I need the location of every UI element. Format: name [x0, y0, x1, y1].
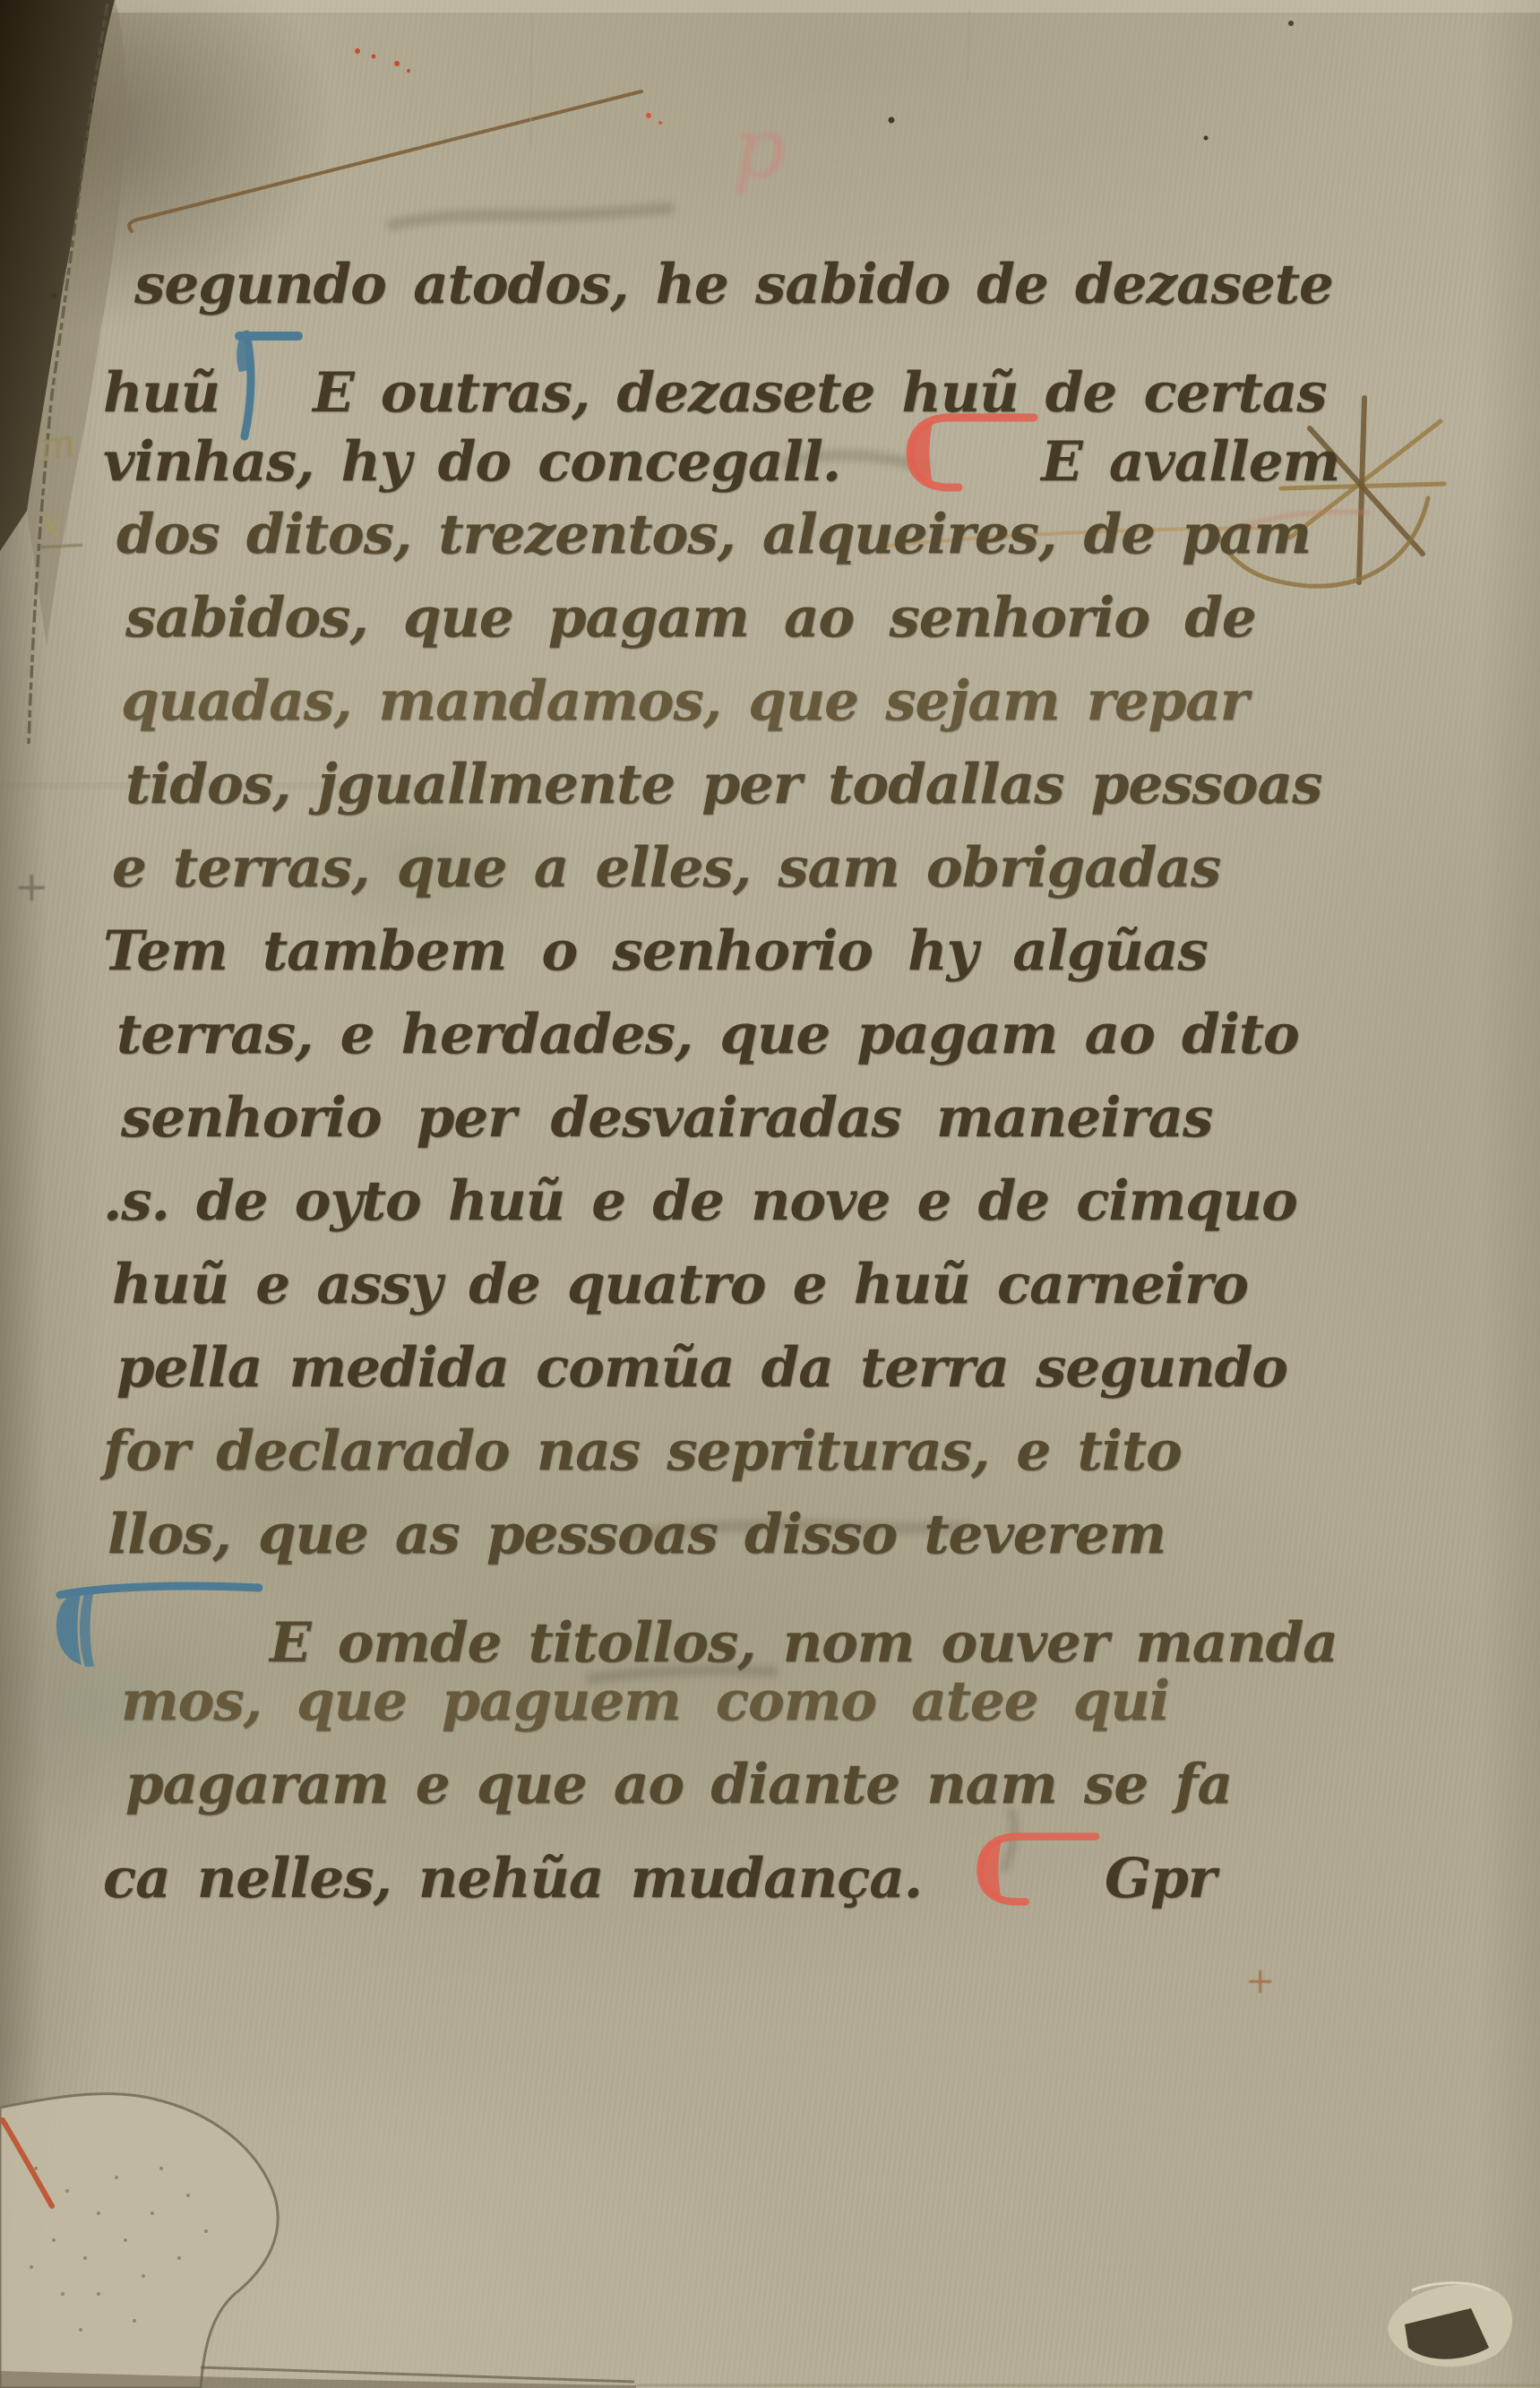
manuscript-line: Tem tambem o senhorio hy algũas	[103, 909, 1344, 992]
line-text: .s. de oyto huũ e de nove e de cimquo	[103, 1169, 1297, 1233]
manuscript-line: vinhas, hy do concegall.E avallem	[103, 409, 1344, 492]
manuscript-line: pella medida comũa da terra segundo	[103, 1325, 1344, 1409]
text-block: segundo atodos, he sabido de dezasete hu…	[103, 242, 1344, 1909]
left-margin-cross-icon: +	[14, 862, 49, 910]
bottom-edge	[0, 2367, 1540, 2388]
manuscript-line: huũE outras, dezasete huũ de certas	[103, 325, 1344, 409]
line-text: mos, que paguem como atee qui	[121, 1669, 1169, 1733]
line-text: segundo atodos, he sabido de dezasete	[134, 253, 1333, 316]
line-text: dos ditos, trezentos, alqueires, de pam	[116, 503, 1311, 566]
quill-stroke-icon	[129, 91, 641, 231]
line-text: quadas, mandamos, que sejam repar	[121, 669, 1248, 733]
line-text: vinhas, hy do concegall.	[103, 430, 840, 494]
manuscript-line: tidos, jguallmente per todallas pessoas	[103, 742, 1344, 825]
line-text: llos, que as pessoas disso teverem	[108, 1503, 1166, 1566]
manuscript-line: ca nelles, nehũa mudança.Gpr	[103, 1825, 1344, 1909]
line-text: sabidos, que pagam ao senhorio de	[125, 586, 1256, 650]
left-margin-note-lower: x	[39, 503, 82, 548]
line-text: E avallem	[1041, 430, 1339, 494]
right-margin-cross-icon: +	[1245, 1961, 1276, 2002]
manuscript-line: mos, que paguem como atee qui	[103, 1659, 1344, 1742]
manuscript-line: .s. de oyto huũ e de nove e de cimquo	[103, 1159, 1344, 1242]
manuscript-line: huũ e assy de quatro e huũ carneiro	[103, 1242, 1344, 1325]
line-text: senhorio per desvairadas maneiras	[121, 1086, 1212, 1150]
line-text: terras, e herdades, que pagam ao dito	[116, 1003, 1299, 1066]
line-text: pella medida comũa da terra segundo	[116, 1336, 1287, 1400]
red-line-on-patch	[3, 2120, 52, 2206]
manuscript-line: segundo atodos, he sabido de dezasete	[103, 242, 1344, 325]
faded-red-letter: p	[733, 100, 786, 196]
manuscript-line: senhorio per desvairadas maneiras	[103, 1075, 1344, 1159]
left-margin-note-upper: m	[37, 421, 78, 469]
line-text: e terras, que a elles, sam obrigadas	[112, 836, 1220, 900]
parchment-patch	[0, 2094, 278, 2388]
manuscript-line: e terras, que a elles, sam obrigadas	[103, 825, 1344, 909]
manuscript-line: for declarado nas seprituras, e tito	[103, 1409, 1344, 1492]
line-text: huũ e assy de quatro e huũ carneiro	[112, 1253, 1248, 1316]
manuscript-line: terras, e herdades, que pagam ao dito	[103, 992, 1344, 1075]
manuscript-line: llos, que as pessoas disso teverem	[103, 1492, 1344, 1575]
manuscript-page: segundo atodos, he sabido de dezasete hu…	[0, 0, 1540, 2388]
line-text: pagaram e que ao diante nam se fa	[125, 1753, 1232, 1816]
line-text: for declarado nas seprituras, e tito	[103, 1419, 1182, 1483]
red-capitulum-icon	[972, 1825, 1097, 1936]
manuscript-line: pagaram e que ao diante nam se fa	[103, 1742, 1344, 1825]
parchment-hole-icon	[1388, 2283, 1512, 2367]
line-text: Tem tambem o senhorio hy algũas	[103, 919, 1208, 983]
manuscript-line: quadas, mandamos, que sejam repar	[103, 659, 1344, 742]
line-text: ca nelles, nehũa mudança.	[103, 1847, 922, 1910]
line-text: tidos, jguallmente per todallas pessoas	[125, 753, 1321, 816]
line-text: Gpr	[1105, 1847, 1216, 1910]
manuscript-line: dos ditos, trezentos, alqueires, de pam	[103, 492, 1344, 575]
manuscript-line: sabidos, que pagam ao senhorio de	[103, 575, 1344, 659]
manuscript-line: E omde titollos, nom ouver manda	[103, 1575, 1344, 1659]
